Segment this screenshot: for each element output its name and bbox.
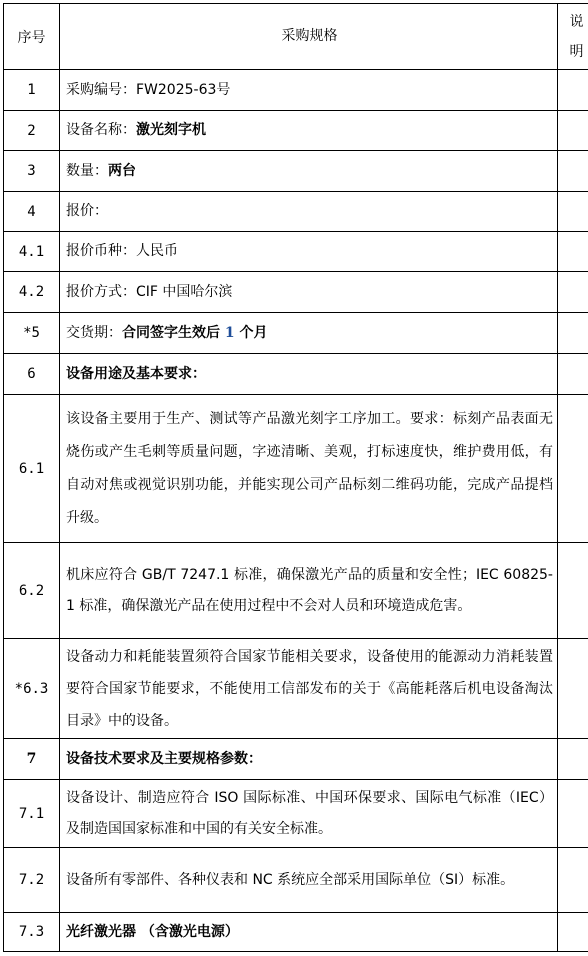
delivery-term-months: 1 [225, 325, 235, 341]
header-spec: 采购规格 [60, 4, 558, 70]
row-content: 报价币种：人民币 [60, 232, 558, 272]
field-label: 报价方式： [66, 284, 136, 300]
row-content: 数量：两台 [60, 151, 558, 192]
row-content: 报价方式：CIF 中国哈尔滨 [60, 272, 558, 313]
row-note [558, 739, 588, 780]
row-content: 采购编号：FW2025-63号 [60, 70, 558, 111]
row-number: 6.1 [4, 395, 60, 543]
row-number: 4.1 [4, 232, 60, 272]
row-note [558, 192, 588, 232]
row-number: 1 [4, 70, 60, 111]
row-number: 7 [4, 739, 60, 780]
section-heading: 设备用途及基本要求： [60, 354, 558, 395]
row-number: 4 [4, 192, 60, 232]
table-row: 7.2 设备所有零部件、各种仪表和 NC 系统应全部采用国际单位（SI）标准。 [4, 848, 588, 913]
row-note [558, 151, 588, 192]
row-note [558, 272, 588, 313]
table-row: 4 报价： [4, 192, 588, 232]
row-number: *6.3 [4, 639, 60, 739]
row-content: 该设备主要用于生产、测试等产品激光刻字工序加工。要求：标刻产品表面无烧伤或产生毛… [60, 395, 558, 543]
row-number: 6.2 [4, 543, 60, 639]
table-row: 2 设备名称：激光刻字机 [4, 111, 588, 151]
field-label: 报价： [66, 203, 108, 219]
row-number: *5 [4, 313, 60, 354]
row-note [558, 543, 588, 639]
table-row: 6.2 机床应符合 GB/T 7247.1 标准，确保激光产品的质量和安全性；I… [4, 543, 588, 639]
table-header-row: 序号 采购规格 说明 [4, 4, 588, 70]
field-label: 数量： [66, 163, 108, 179]
table-row: 4.1 报价币种：人民币 [4, 232, 588, 272]
row-note [558, 354, 588, 395]
field-value: FW2025-63号 [136, 82, 230, 98]
row-note [558, 70, 588, 111]
row-note [558, 639, 588, 739]
delivery-term-post: 个月 [235, 325, 268, 341]
row-number: 2 [4, 111, 60, 151]
row-content: 设备设计、制造应符合 ISO 国际标准、中国环保要求、国际电气标准（IEC）及制… [60, 780, 558, 848]
row-number: 4.2 [4, 272, 60, 313]
row-note [558, 913, 588, 952]
row-content: 交货期：合同签字生效后 1 个月 [60, 313, 558, 354]
row-number: 7.2 [4, 848, 60, 913]
table-row: *6.3 设备动力和耗能装置须符合国家节能相关要求，设备使用的能源动力消耗装置要… [4, 639, 588, 739]
table-row-section: 7.3 光纤激光器 （含激光电源） [4, 913, 588, 952]
header-no: 序号 [4, 4, 60, 70]
table-row: *5 交货期：合同签字生效后 1 个月 [4, 313, 588, 354]
row-note [558, 313, 588, 354]
field-value: 激光刻字机 [136, 122, 206, 138]
table-row: 6.1 该设备主要用于生产、测试等产品激光刻字工序加工。要求：标刻产品表面无烧伤… [4, 395, 588, 543]
table-row: 4.2 报价方式：CIF 中国哈尔滨 [4, 272, 588, 313]
field-label: 报价币种： [66, 243, 136, 259]
row-content: 报价： [60, 192, 558, 232]
table-row: 1 采购编号：FW2025-63号 [4, 70, 588, 111]
row-note [558, 232, 588, 272]
row-note [558, 848, 588, 913]
field-value: CIF 中国哈尔滨 [136, 284, 232, 300]
table-row-section: 6 设备用途及基本要求： [4, 354, 588, 395]
row-content: 设备名称：激光刻字机 [60, 111, 558, 151]
header-note: 说明 [558, 4, 588, 70]
row-number: 7.3 [4, 913, 60, 952]
delivery-term-pre: 合同签字生效后 [122, 325, 225, 341]
table-row-section: 7 设备技术要求及主要规格参数： [4, 739, 588, 780]
row-note [558, 780, 588, 848]
field-value: 人民币 [136, 243, 178, 259]
table-row: 3 数量：两台 [4, 151, 588, 192]
section-heading: 设备技术要求及主要规格参数： [60, 739, 558, 780]
row-note [558, 395, 588, 543]
field-label: 采购编号： [66, 82, 136, 98]
field-label: 交货期： [66, 325, 122, 341]
row-content: 设备所有零部件、各种仪表和 NC 系统应全部采用国际单位（SI）标准。 [60, 848, 558, 913]
row-content: 机床应符合 GB/T 7247.1 标准，确保激光产品的质量和安全性；IEC 6… [60, 543, 558, 639]
field-value: 两台 [108, 163, 136, 179]
header-note-line2: 明 [570, 44, 584, 60]
section-heading: 光纤激光器 （含激光电源） [60, 913, 558, 952]
row-number: 6 [4, 354, 60, 395]
row-number: 3 [4, 151, 60, 192]
row-content: 设备动力和耗能装置须符合国家节能相关要求，设备使用的能源动力消耗装置要符合国家节… [60, 639, 558, 739]
table-row: 7.1 设备设计、制造应符合 ISO 国际标准、中国环保要求、国际电气标准（IE… [4, 780, 588, 848]
row-number: 7.1 [4, 780, 60, 848]
header-note-line1: 说 [570, 14, 584, 30]
field-label: 设备名称： [66, 122, 136, 138]
procurement-spec-table: 序号 采购规格 说明 1 采购编号：FW2025-63号 2 设备名称：激光刻字… [3, 3, 588, 952]
row-note [558, 111, 588, 151]
